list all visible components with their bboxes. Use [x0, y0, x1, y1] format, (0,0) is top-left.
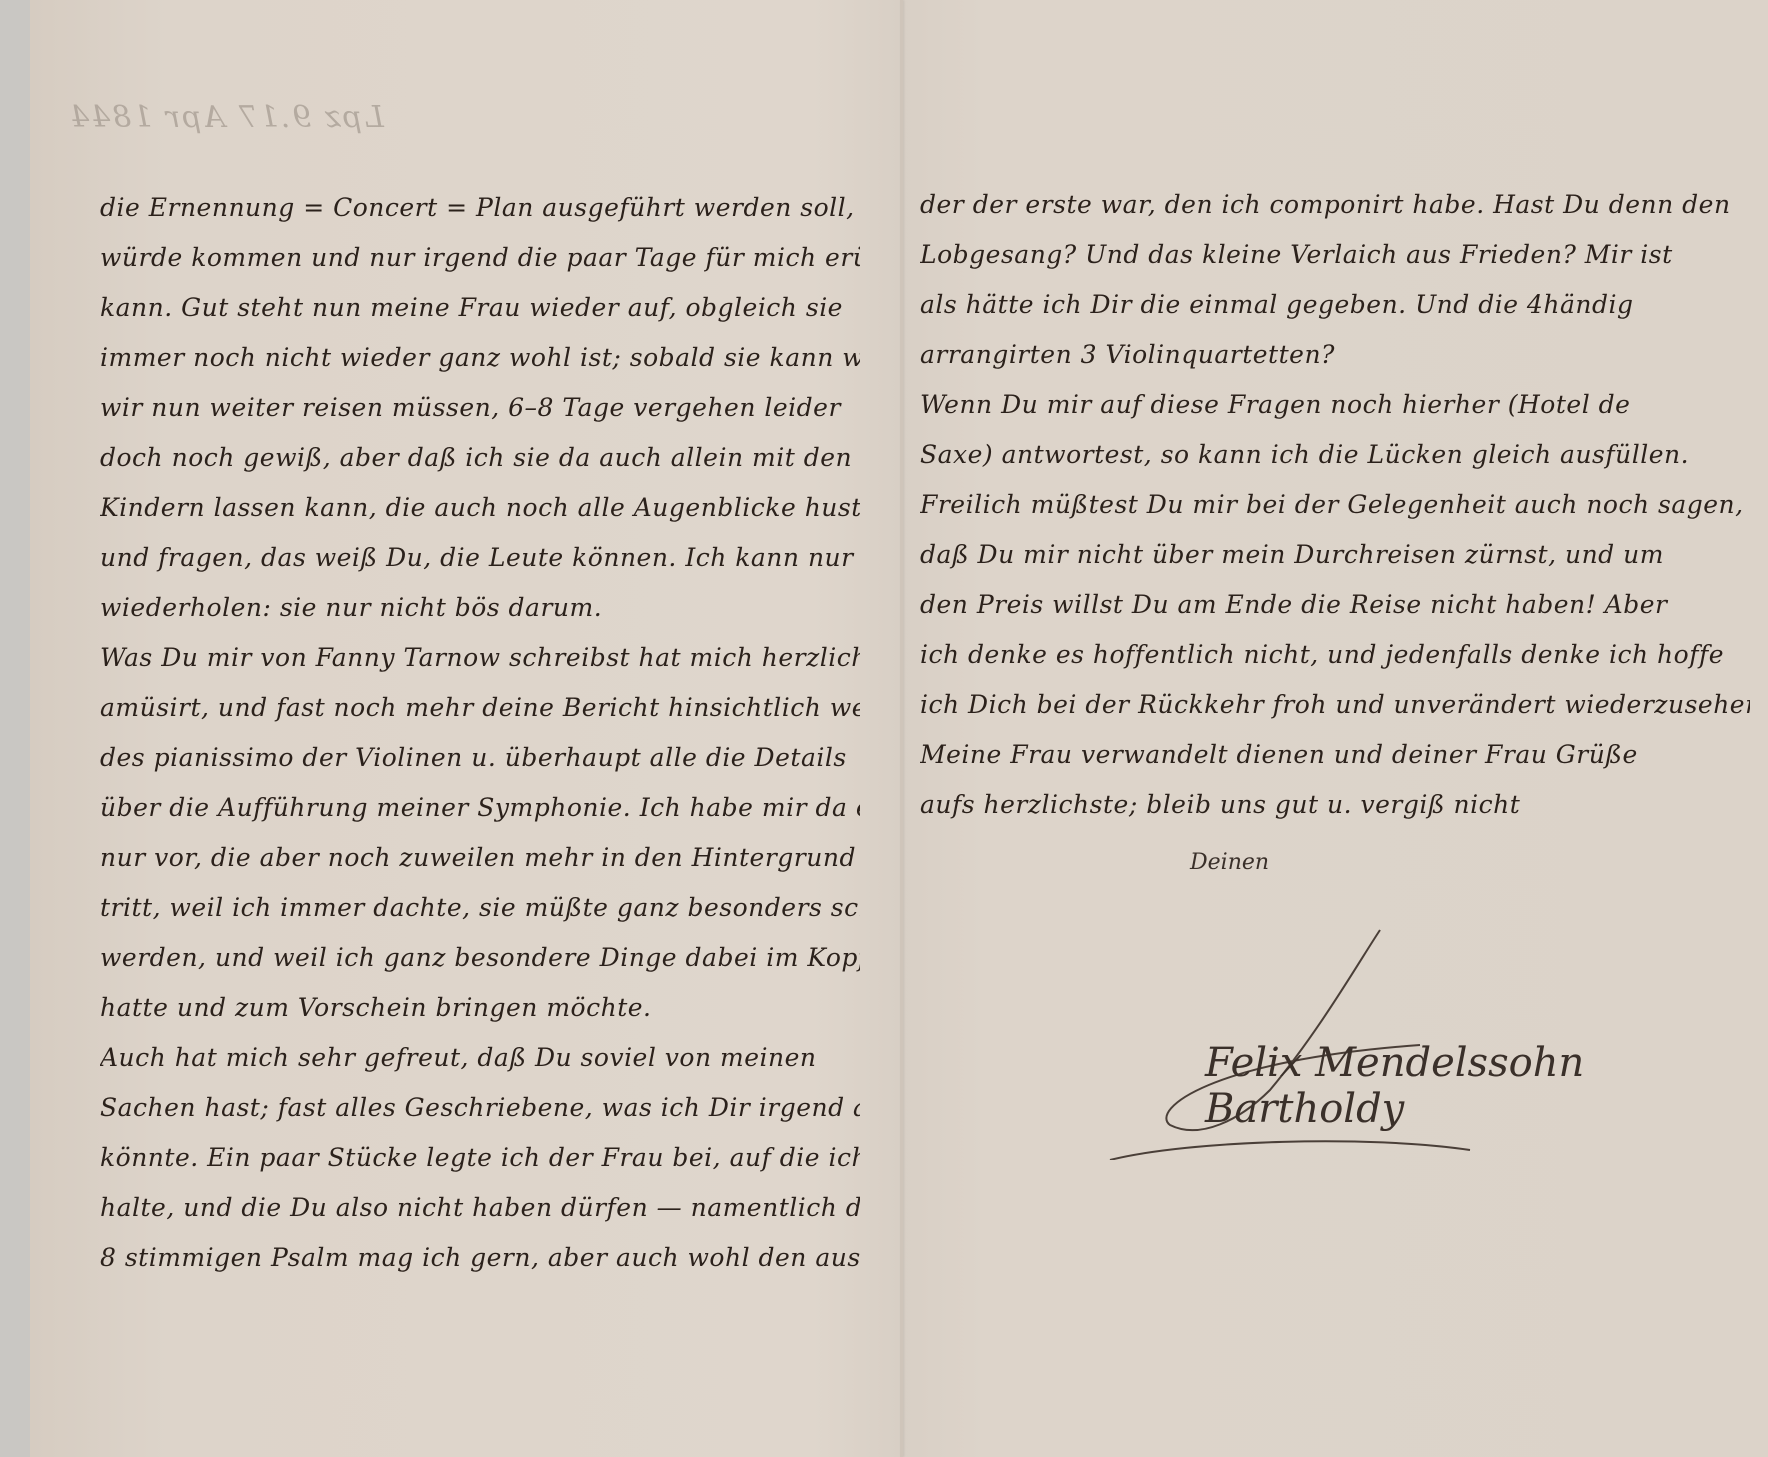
text-line: hatte und zum Vorschein bringen möchte.	[100, 983, 860, 1033]
text-line: der der erste war, den ich componirt hab…	[920, 180, 1750, 230]
text-line: als hätte ich Dir die einmal gegeben. Un…	[920, 280, 1750, 330]
text-line: Auch hat mich sehr gefreut, daß Du sovie…	[100, 1033, 860, 1083]
text-line: Freilich müßtest Du mir bei der Gelegenh…	[920, 480, 1750, 530]
text-line: 8 stimmigen Psalm mag ich gern, aber auc…	[100, 1233, 860, 1283]
text-line: wiederholen: sie nur nicht bös darum.	[100, 583, 860, 633]
text-line: nur vor, die aber noch zuweilen mehr in …	[100, 833, 860, 883]
text-line: könnte. Ein paar Stücke legte ich der Fr…	[100, 1133, 860, 1183]
text-line: die Ernennung = Concert = Plan ausgeführ…	[100, 183, 860, 233]
archive-note: Lpz 9.17 Apr 1844	[68, 100, 384, 135]
text-line: und fragen, das weiß Du, die Leute könne…	[100, 533, 860, 583]
text-line: arrangirten 3 Violinquartetten?	[920, 330, 1750, 380]
right-page-text: der der erste war, den ich componirt hab…	[920, 180, 1750, 830]
text-line: wir nun weiter reisen müssen, 6–8 Tage v…	[100, 383, 860, 433]
text-line: daß Du mir nicht über mein Durchreisen z…	[920, 530, 1750, 580]
text-line: kann. Gut steht nun meine Frau wieder au…	[100, 283, 860, 333]
text-line: tritt, weil ich immer dachte, sie müßte …	[100, 883, 860, 933]
text-line: halte, und die Du also nicht haben dürfe…	[100, 1183, 860, 1233]
text-line: Sachen hast; fast alles Geschriebene, wa…	[100, 1083, 860, 1133]
text-line: ich Dich bei der Rückkehr froh und unver…	[920, 680, 1750, 730]
left-page-text: die Ernennung = Concert = Plan ausgeführ…	[100, 183, 860, 1283]
text-line: Lobgesang? Und das kleine Verlaich aus F…	[920, 230, 1750, 280]
text-line: Wenn Du mir auf diese Fragen noch hierhe…	[920, 380, 1750, 430]
text-line: würde kommen und nur irgend die paar Tag…	[100, 233, 860, 283]
text-line: ich denke es hoffentlich nicht, und jede…	[920, 630, 1750, 680]
text-line: den Preis willst Du am Ende die Reise ni…	[920, 580, 1750, 630]
text-line: amüsirt, und fast noch mehr deine Berich…	[100, 683, 860, 733]
text-line: Saxe) antwortest, so kann ich die Lücken…	[920, 430, 1750, 480]
signature: Felix Mendelssohn Bartholdy	[1205, 1040, 1768, 1132]
text-line: des pianissimo der Violinen u. überhaupt…	[100, 733, 860, 783]
text-line: Kindern lassen kann, die auch noch alle …	[100, 483, 860, 533]
text-line: aufs herzlichste; bleib uns gut u. vergi…	[920, 780, 1750, 830]
text-line: über die Aufführung meiner Symphonie. Ic…	[100, 783, 860, 833]
text-line: doch noch gewiß, aber daß ich sie da auc…	[100, 433, 860, 483]
text-line: immer noch nicht wieder ganz wohl ist; s…	[100, 333, 860, 383]
closing-salutation: Deinen	[1190, 850, 1269, 875]
page-fold	[900, 0, 903, 1457]
text-line: werden, und weil ich ganz besondere Ding…	[100, 933, 860, 983]
text-line: Meine Frau verwandelt dienen und deiner …	[920, 730, 1750, 780]
text-line: Was Du mir von Fanny Tarnow schreibst ha…	[100, 633, 860, 683]
